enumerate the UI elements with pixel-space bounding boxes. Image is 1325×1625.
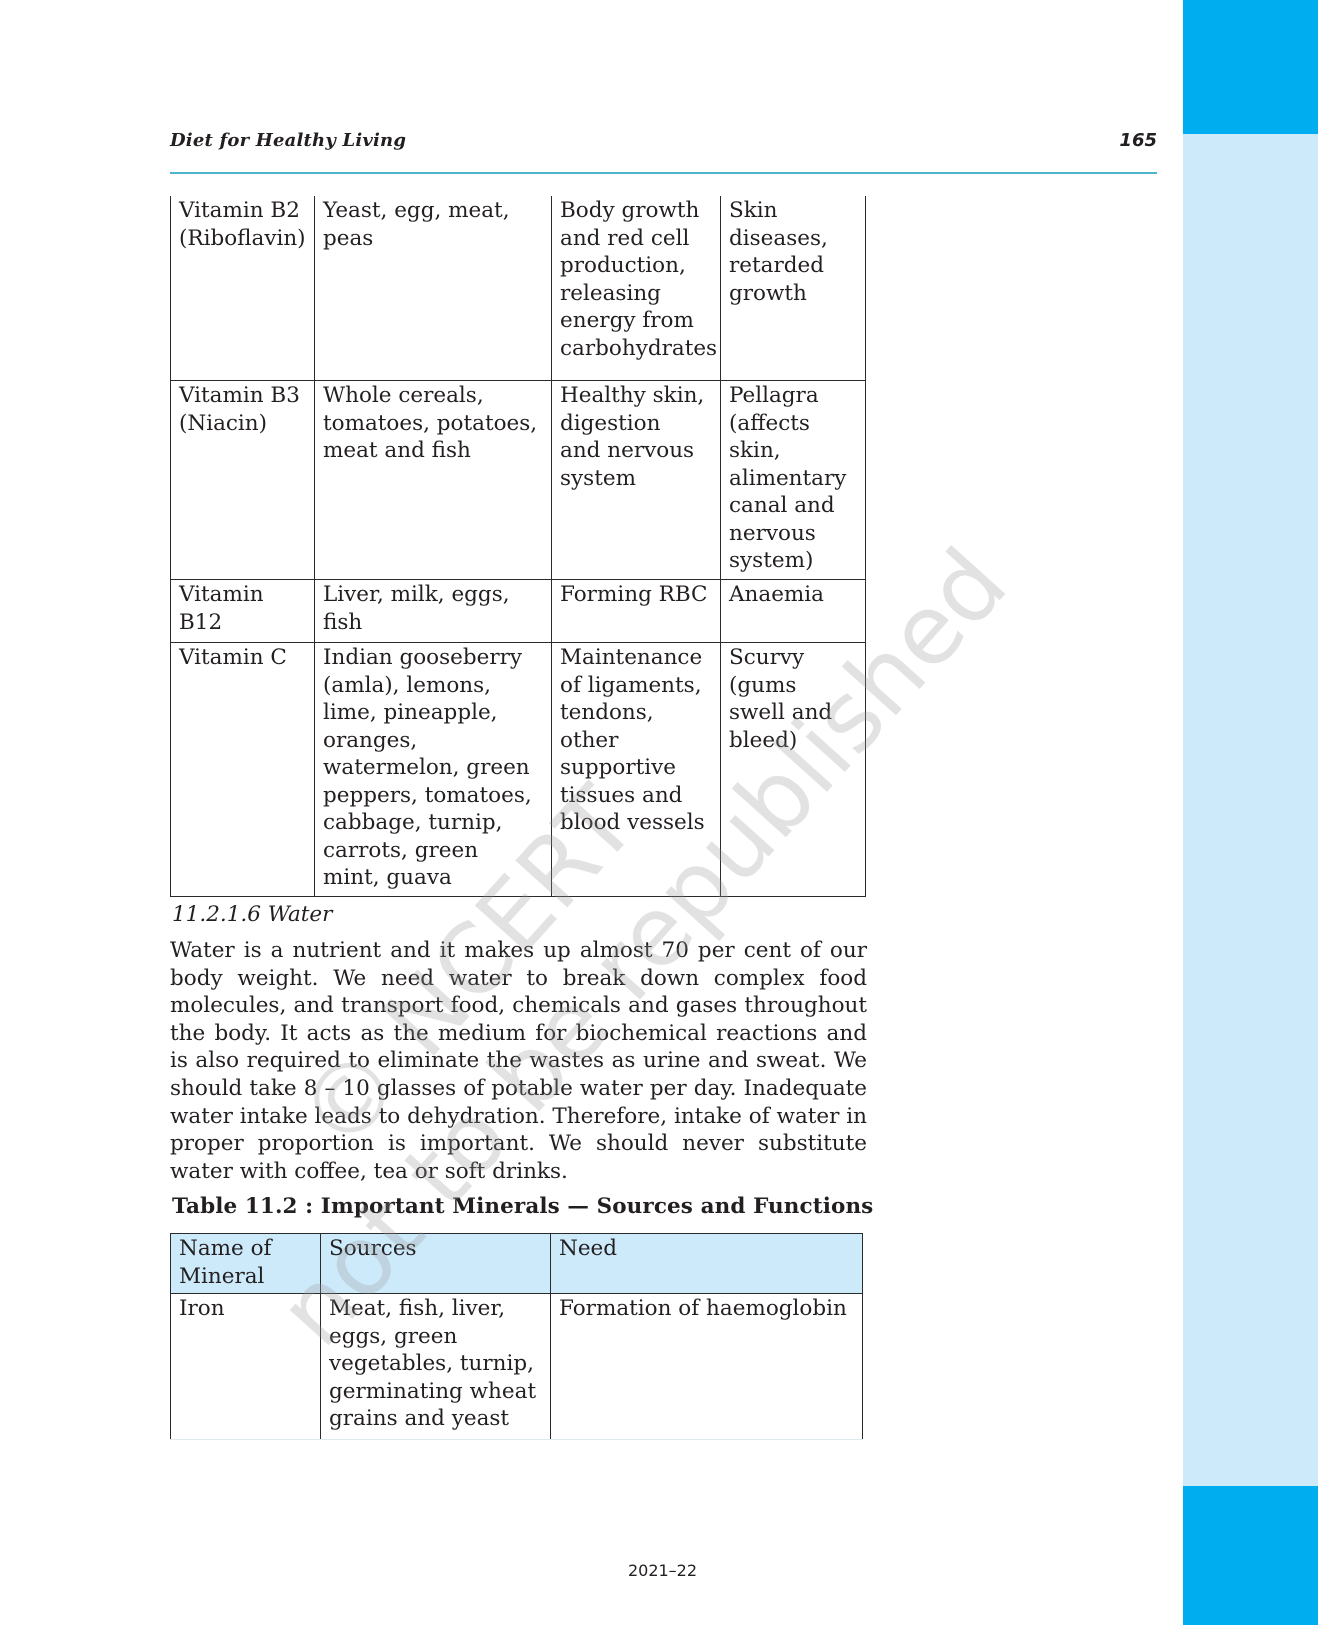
table-row: Vitamin B2 (Riboflavin) Yeast, egg, meat… xyxy=(171,196,866,381)
header-rule xyxy=(170,172,1157,174)
running-head: Diet for Healthy Living xyxy=(170,130,406,151)
mineral-need: Formation of haemoglobin xyxy=(551,1294,863,1440)
vitamin-functions: Body growth and red cell production, rel… xyxy=(552,196,721,381)
vitamin-name: Vitamin B12 xyxy=(171,580,315,643)
page-number: 165 xyxy=(1119,130,1157,151)
column-header-sources: Sources xyxy=(321,1234,551,1294)
vitamin-sources: Whole cereals, tomatoes, potatoes, meat … xyxy=(315,381,552,580)
vitamin-sources: Liver, milk, eggs, fish xyxy=(315,580,552,643)
vitamin-functions: Forming RBC xyxy=(552,580,721,643)
vitamin-name: Vitamin B2 (Riboflavin) xyxy=(171,196,315,381)
table-row: Vitamin B3 (Niacin) Whole cereals, tomat… xyxy=(171,381,866,580)
sidebar-bottom-band xyxy=(1183,1486,1318,1625)
page-edge-sidebar xyxy=(1183,0,1318,1625)
footer-year: 2021–22 xyxy=(0,1561,1325,1580)
table-row: Vitamin B12 Liver, milk, eggs, fish Form… xyxy=(171,580,866,643)
vitamin-deficiency: Pellagra (affects skin, alimentary canal… xyxy=(721,381,866,580)
vitamin-deficiency: Scurvy (gums swell and bleed) xyxy=(721,643,866,897)
vitamin-deficiency: Anaemia xyxy=(721,580,866,643)
column-header-mineral: Name of Mineral xyxy=(171,1234,321,1294)
footer-year-text: 2021–22 xyxy=(628,1561,697,1580)
vitamin-deficiency: Skin diseases, retarded growth xyxy=(721,196,866,381)
vitamin-functions: Maintenance of ligaments, tendons, other… xyxy=(552,643,721,897)
section-heading-water: 11.2.1.6 Water xyxy=(172,902,332,927)
vitamins-table: Vitamin B2 (Riboflavin) Yeast, egg, meat… xyxy=(170,196,866,897)
mineral-name: Iron xyxy=(171,1294,321,1440)
water-paragraph: Water is a nutrient and it makes up almo… xyxy=(170,937,867,1185)
mineral-sources: Meat, fish, liver, eggs, green vegetable… xyxy=(321,1294,551,1440)
table-row: Vitamin C Indian gooseberry (amla), lemo… xyxy=(171,643,866,897)
vitamin-sources: Yeast, egg, meat, peas xyxy=(315,196,552,381)
vitamin-name: Vitamin B3 (Niacin) xyxy=(171,381,315,580)
sidebar-top-band xyxy=(1183,0,1318,134)
column-header-need: Need xyxy=(551,1234,863,1294)
minerals-table: Name of Mineral Sources Need Iron Meat, … xyxy=(170,1233,863,1440)
vitamin-functions: Healthy skin, digestion and nervous syst… xyxy=(552,381,721,580)
table-row: Iron Meat, fish, liver, eggs, green vege… xyxy=(171,1294,863,1440)
vitamin-name: Vitamin C xyxy=(171,643,315,897)
table-caption: Table 11.2 : Important Minerals — Source… xyxy=(172,1194,873,1219)
table-header-row: Name of Mineral Sources Need xyxy=(171,1234,863,1294)
vitamin-sources: Indian gooseberry (amla), lemons, lime, … xyxy=(315,643,552,897)
